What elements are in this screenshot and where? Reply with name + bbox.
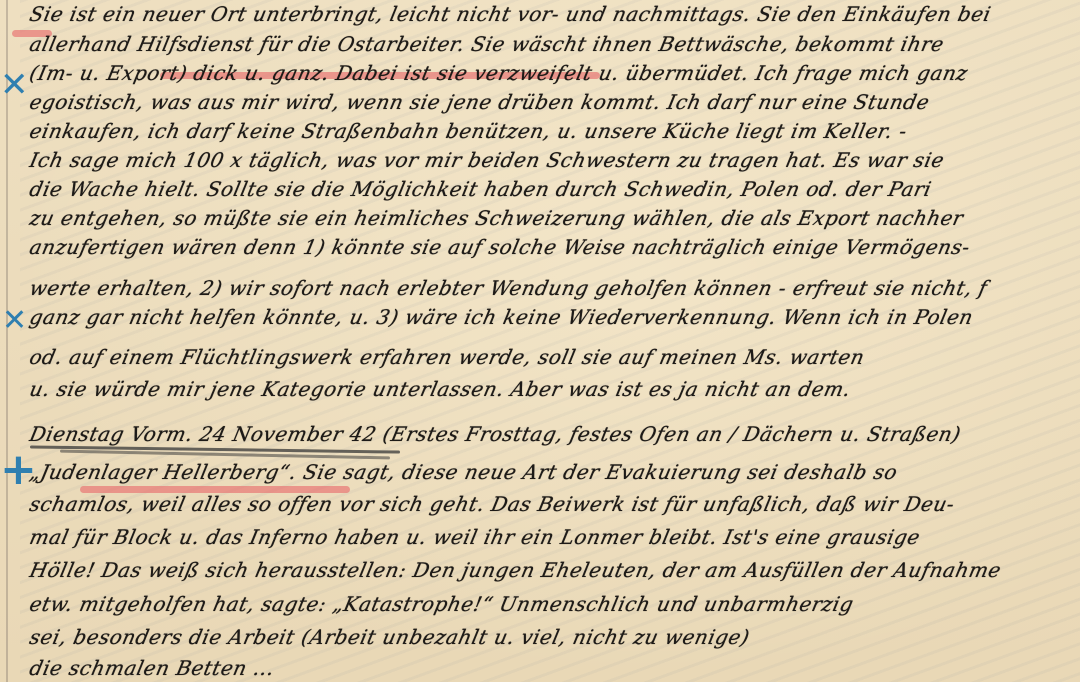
text-line: (Im- u. Export) dick u. ganz. Dabei ist … — [27, 61, 1080, 85]
text-line: allerhand Hilfsdienst für die Ostarbeite… — [27, 32, 1080, 56]
text-line: sei, besonders die Arbeit (Arbeit unbeza… — [27, 625, 1080, 649]
diary-page: ✕ ✕ + Sie ist ein neuer Ort unterbringt,… — [0, 0, 1080, 682]
text-line: die Wache hielt. Sollte sie die Möglichk… — [27, 177, 1080, 201]
text-line: „Judenlager Hellerberg“. Sie sagt, diese… — [27, 460, 1080, 484]
text-line: die schmalen Betten ... — [27, 656, 1080, 680]
text-line: od. auf einem Flüchtlingswerk erfahren w… — [27, 345, 1080, 369]
text-line: ganz gar nicht helfen könnte, u. 3) wäre… — [27, 305, 1080, 329]
text-line: einkaufen, ich darf keine Straßenbahn be… — [27, 119, 1080, 143]
text-line: anzufertigen wären denn 1) könnte sie au… — [27, 235, 1080, 259]
text-line: mal für Block u. das Inferno haben u. we… — [27, 525, 1080, 549]
text-line: zu entgehen, so müßte sie ein heimliches… — [27, 206, 1080, 230]
text-line: Sie ist ein neuer Ort unterbringt, leich… — [27, 2, 1080, 26]
text-line: Ich sage mich 100 x täglich, was vor mir… — [27, 148, 1080, 172]
text-line: schamlos, weil alles so offen vor sich g… — [27, 492, 1080, 516]
text-line: Hölle! Das weiß sich herausstellen: Den … — [27, 558, 1080, 582]
text-line: werte erhalten, 2) wir sofort nach erleb… — [27, 276, 1080, 300]
text-line: egoistisch, was aus mir wird, wenn sie j… — [27, 90, 1080, 114]
handwritten-text: Sie ist ein neuer Ort unterbringt, leich… — [0, 0, 1080, 682]
date-heading: Dienstag Vorm. 24 November 42 (Erstes Fr… — [27, 422, 1080, 446]
text-line: etw. mitgeholfen hat, sagte: „Katastroph… — [27, 592, 1080, 616]
text-line: u. sie würde mir jene Kategorie unterlas… — [27, 377, 1080, 401]
